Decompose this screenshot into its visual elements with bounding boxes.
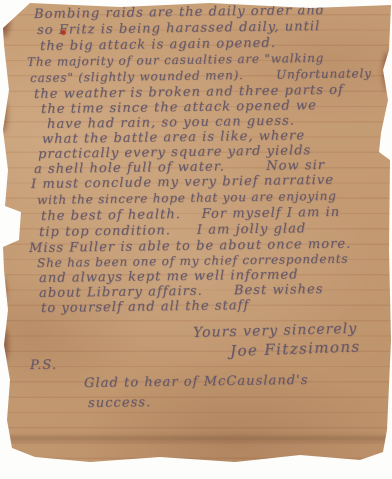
postscript-line: Glad to hear of McCausland's — [84, 373, 309, 391]
stain-mark — [383, 52, 392, 90]
signature: Joe Fitzsimons — [230, 339, 361, 359]
stain-mark — [0, 97, 7, 133]
stain-mark — [0, 278, 6, 302]
stain-mark — [0, 327, 8, 363]
paper-crease — [0, 436, 392, 441]
handwriting-line: to yourself and all the staff — [41, 298, 250, 316]
stain-mark — [0, 0, 10, 38]
letter-page: Bombing raids are the daily order and so… — [0, 0, 392, 479]
handwriting-line: so Fritz is being harassed daily, until — [37, 19, 320, 38]
postscript-line: success. — [88, 395, 151, 411]
ink-spot — [61, 30, 66, 35]
postscript-label: P.S. — [30, 358, 57, 373]
scan-background: Bombing raids are the daily order and so… — [0, 0, 392, 479]
